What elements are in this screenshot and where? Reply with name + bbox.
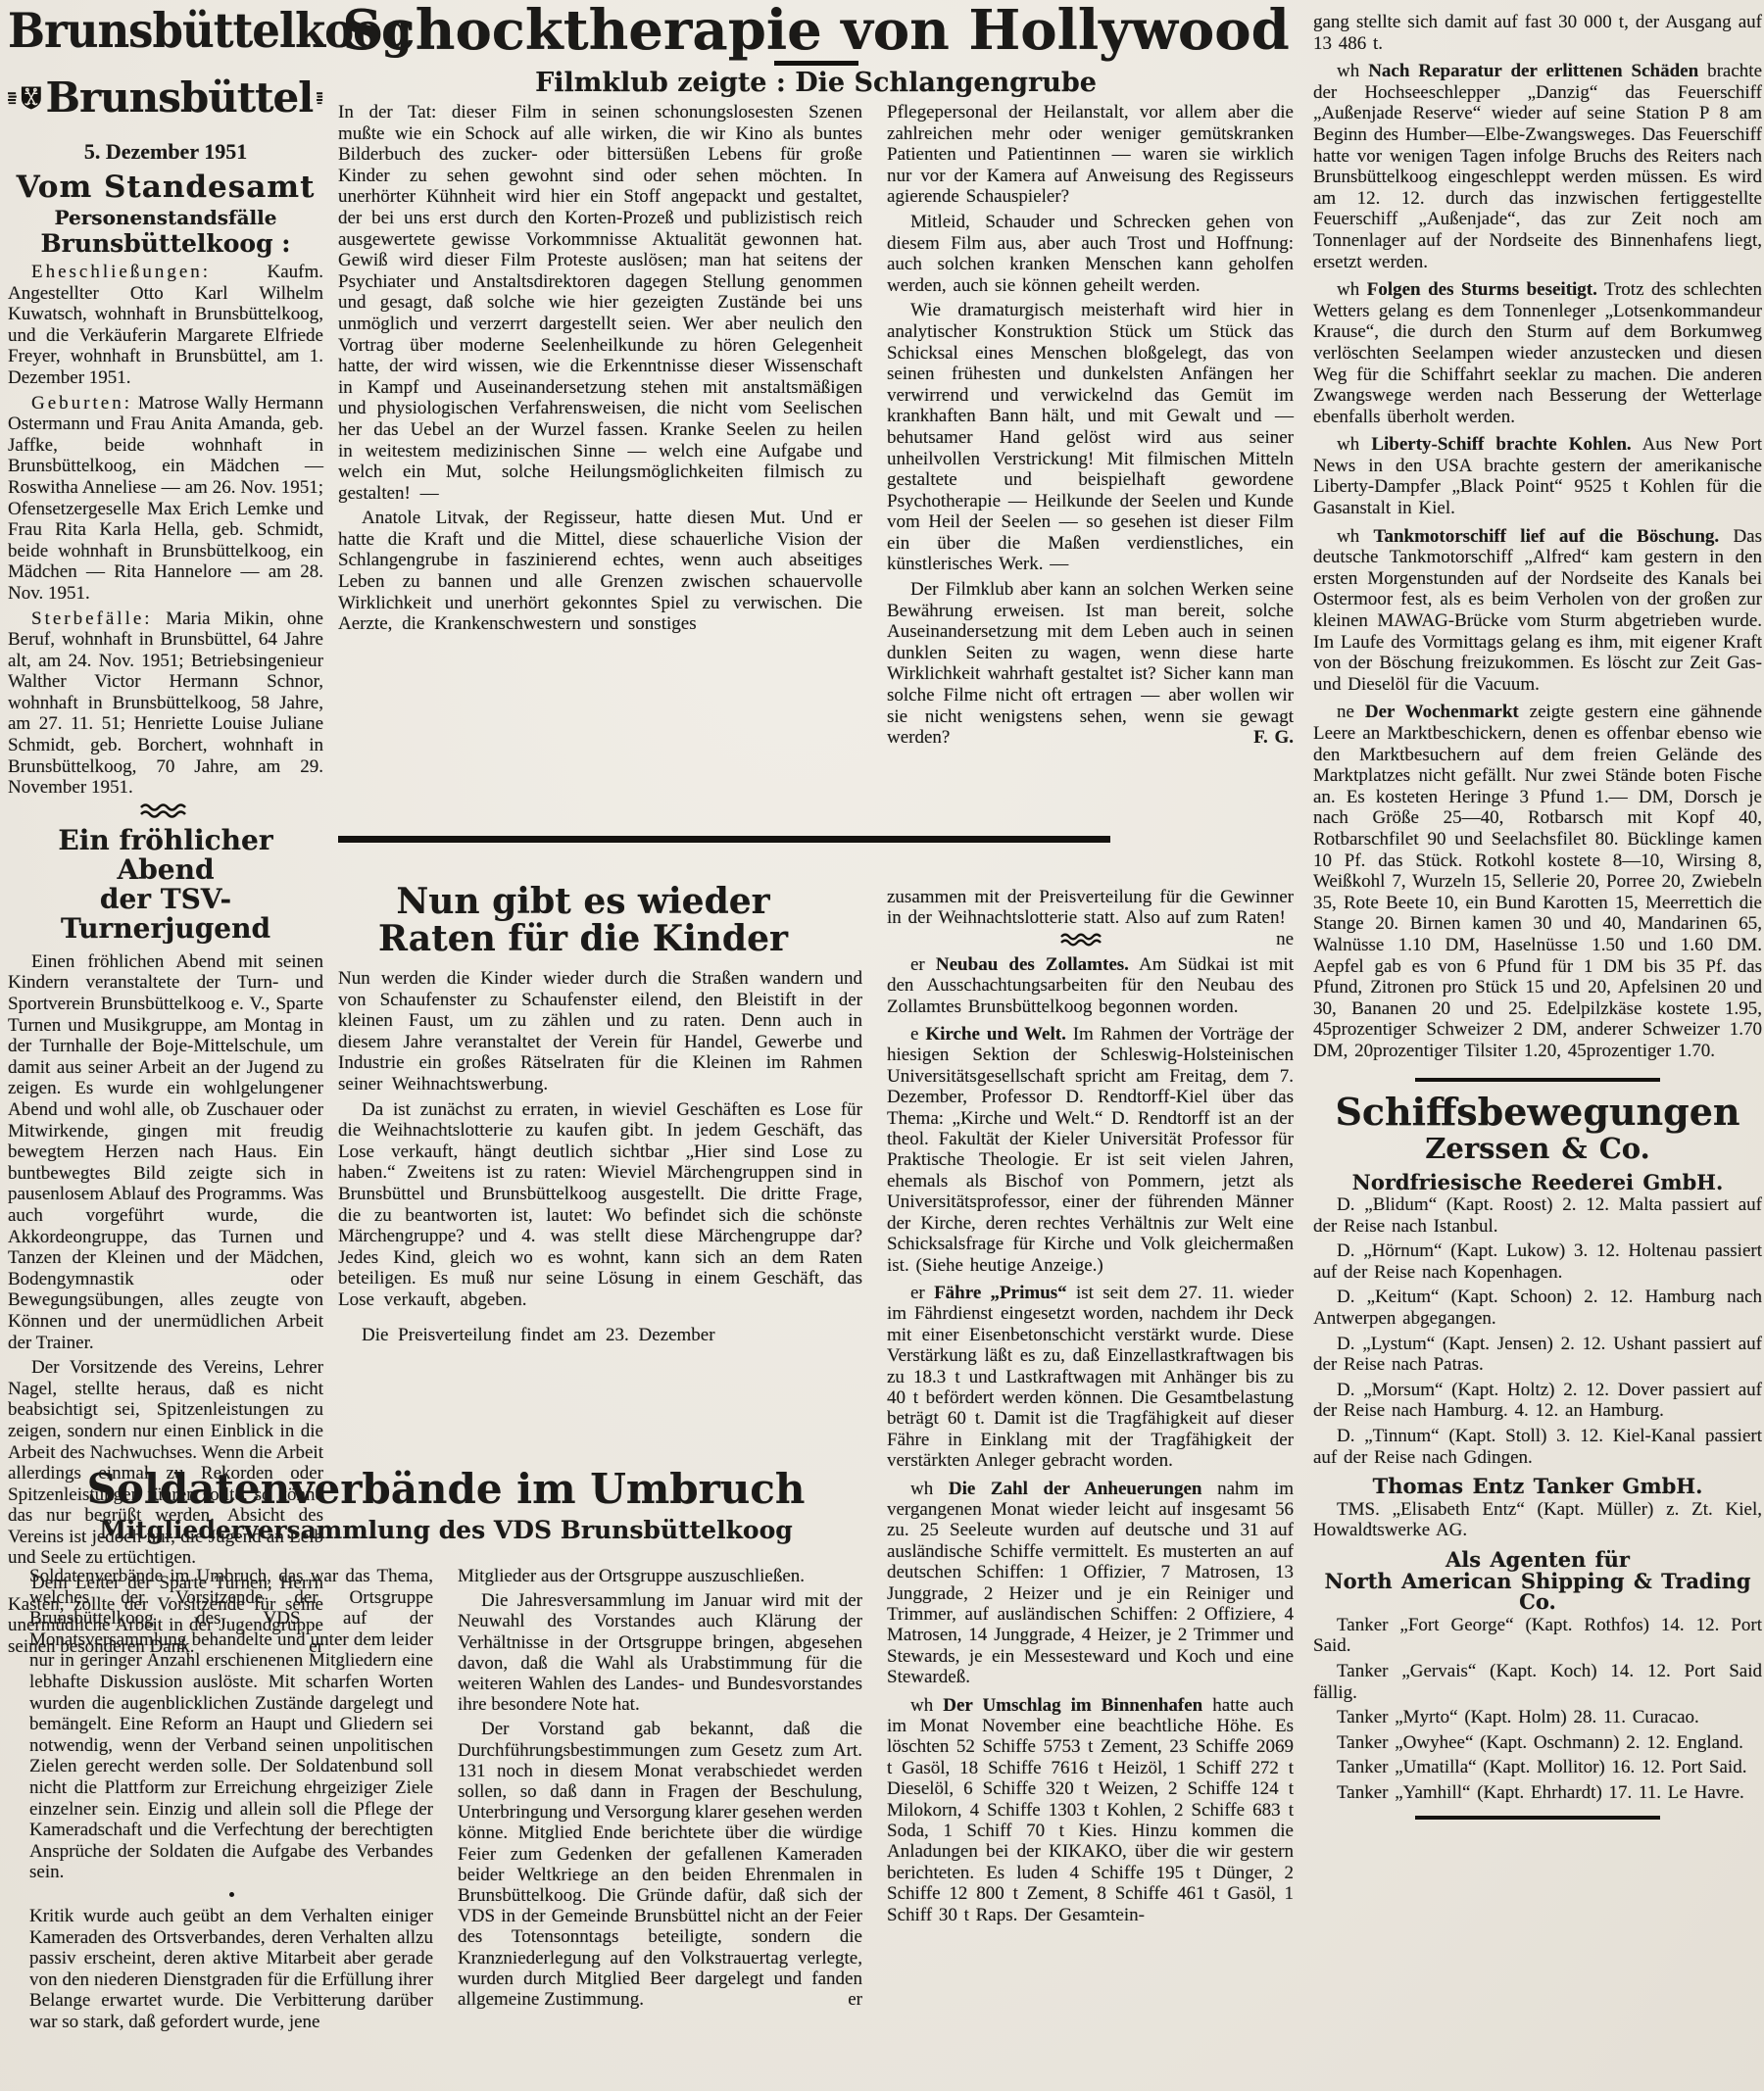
local-item-4-text: hatte auch im Monat November eine beacht… — [887, 1695, 1294, 1925]
harbour-item-sturm: wh Folgen des Sturms beseitigt. Trotz de… — [1313, 279, 1762, 427]
ship-entry: Tanker „Yamhill“ (Kapt. Ehrhardt) 17. 11… — [1313, 1782, 1762, 1804]
harbour-news-column: gang stellte sich damit auf fast 30 000 … — [1313, 12, 1762, 1820]
soldaten-par-1: Soldatenverbände im Umbruch, das war das… — [29, 1566, 433, 1883]
local-item-1-mark: e — [910, 1024, 918, 1045]
tsv-headline-line2: der TSV-Turnerjugend — [8, 885, 323, 944]
ship-entry: Tanker „Owyhee“ (Kapt. Oschmann) 2. 12. … — [1313, 1732, 1762, 1754]
masthead: Brunsbüttelkoog Brunsbüttel — [8, 6, 323, 133]
local-item-1-text: Im Rahmen der Vorträge der hiesigen Sekt… — [887, 1024, 1294, 1275]
tsv-body: Einen fröhlichen Abend mit seinen Kinder… — [8, 951, 323, 1658]
ship-entry: D. „Blidum“ (Kapt. Roost) 2. 12. Malta p… — [1313, 1194, 1762, 1237]
local-item-0-mark: er — [910, 954, 925, 975]
ship-entry: Tanker „Umatilla“ (Kapt. Mollitor) 16. 1… — [1313, 1757, 1762, 1778]
film-par-4: Mitleid, Schauder und Schrecken gehen vo… — [887, 212, 1294, 296]
coat-of-arms-icon — [21, 63, 42, 133]
film-column-2: Pflegepersonal der Heilanstalt, vor alle… — [887, 102, 1294, 749]
standesamt-lead-deaths: Sterbefälle: — [31, 608, 153, 629]
harbour-item-3-lead: Tankmotorschiff lief auf die Böschung. — [1374, 526, 1720, 547]
paragraph-dot-divider — [229, 1892, 234, 1897]
film-par-3: Pflegepersonal der Heilanstalt, vor alle… — [887, 102, 1294, 208]
standesamt-par-births: Geburten: Matrose Wally Hermann Osterman… — [8, 393, 323, 605]
raten-continuation: zusammen mit der Preisverteilung für die… — [887, 887, 1294, 929]
tsv-headline: Ein fröhlicher Abend der TSV-Turnerjugen… — [8, 826, 323, 944]
standesamt-place: Brunsbüttelkoog : — [8, 230, 323, 257]
tsv-par-1: Einen fröhlichen Abend mit seinen Kinder… — [8, 951, 323, 1353]
local-item-2-text: ist seit dem 27. 11. wieder im Fährdiens… — [887, 1283, 1294, 1471]
raten-headline-line1: Nun gibt es wieder — [338, 883, 828, 920]
harbour-item-4-text: zeigte gestern eine gähnende Leere an Ma… — [1313, 702, 1762, 1061]
standesamt-headline: Vom Standesamt — [8, 170, 323, 204]
harbour-item-0-mark: wh — [1337, 61, 1359, 81]
ship-entry: D. „Hörnum“ (Kapt. Lukow) 3. 12. Holtena… — [1313, 1240, 1762, 1283]
masthead-stripes-left-icon — [8, 77, 17, 119]
harbour-item-3-text: Das deutsche Tankmotorschiff „Alfred“ ka… — [1313, 526, 1762, 695]
soldaten-signature: er — [824, 1989, 862, 2010]
film-column-1: In der Tat: dieser Film in seinen schonu… — [338, 102, 862, 635]
harbour-item-1-mark: wh — [1337, 279, 1359, 300]
ships-headline: Schiffsbewegungen — [1313, 1092, 1762, 1133]
local-item-kirche: e Kirche und Welt. Im Rahmen der Vorträg… — [887, 1024, 1294, 1276]
raten-column-1: Nun werden die Kinder wieder durch die S… — [338, 968, 862, 1345]
raten-par-1: Nun werden die Kinder wieder durch die S… — [338, 968, 862, 1095]
ships-group-agents-line1: Als Agenten für — [1313, 1549, 1762, 1571]
squiggle-divider-icon — [139, 802, 192, 820]
harbour-item-2-mark: wh — [1337, 434, 1359, 455]
issue-date: 5. Dezember 1951 — [8, 139, 323, 165]
local-item-anheuerungen: wh Die Zahl der Anheuerungen nahm im ver… — [887, 1479, 1294, 1688]
local-item-umschlag: wh Der Umschlag im Binnenhafen hatte auc… — [887, 1695, 1294, 1925]
harbour-item-2-lead: Liberty-Schiff brachte Kohlen. — [1371, 434, 1631, 455]
ship-entry: Tanker „Fort George“ (Kapt. Rothfos) 14.… — [1313, 1615, 1762, 1657]
ship-entry: D. „Tinnum“ (Kapt. Stoll) 3. 12. Kiel-Ka… — [1313, 1426, 1762, 1468]
harbour-item-wochenmarkt: ne Der Wochenmarkt zeigte gestern eine g… — [1313, 702, 1762, 1061]
raten-signature: ne — [1276, 929, 1294, 949]
left-column: Brunsbüttelkoog Brunsbüttel — [8, 6, 323, 1657]
soldaten-par-2: Kritik wurde auch geübt an dem Verhalten… — [29, 1906, 433, 2033]
harbour-item-4-mark: ne — [1337, 702, 1354, 722]
ship-entry: D. „Lystum“ (Kapt. Jensen) 2. 12. Ushant… — [1313, 1334, 1762, 1376]
film-subhead: Filmklub zeigte : Die Schlangengrube — [338, 69, 1294, 97]
local-item-4-lead: Der Umschlag im Binnenhafen — [943, 1695, 1202, 1716]
ships-group-agents-line2: North American Shipping & Trading Co. — [1313, 1571, 1762, 1613]
film-headline: Schocktherapie von Hollywood — [338, 2, 1294, 59]
ships-bottom-rule — [1415, 1816, 1660, 1820]
soldaten-par-5: Der Vorstand gab bekannt, daß die Durchf… — [458, 1719, 862, 2010]
local-item-3-lead: Die Zahl der Anheuerungen — [949, 1479, 1202, 1499]
soldaten-par-3: Mitglieder aus der Ortsgruppe auszuschli… — [458, 1566, 862, 1586]
film-signature: F. G. — [1230, 727, 1294, 749]
ship-entry: D. „Morsum“ (Kapt. Holtz) 2. 12. Dover p… — [1313, 1380, 1762, 1422]
raten-headline-line2: Raten für die Kinder — [338, 920, 828, 957]
standesamt-text-births: Matrose Wally Hermann Ostermann und Frau… — [8, 393, 323, 604]
raten-cont-text: zusammen mit der Preisverteilung für die… — [887, 887, 1294, 928]
harbour-item-3-mark: wh — [1337, 526, 1359, 547]
local-item-2-mark: er — [910, 1283, 925, 1303]
local-item-0-lead: Neubau des Zollamtes. — [936, 954, 1129, 975]
local-item-4-mark: wh — [910, 1695, 933, 1716]
standesamt-lead-births: Geburten: — [31, 393, 132, 413]
local-item-3-mark: wh — [910, 1479, 933, 1499]
film-par-1: In der Tat: dieser Film in seinen schonu… — [338, 102, 862, 504]
squiggle-divider-icon — [1059, 933, 1104, 948]
tsv-headline-line1: Ein fröhlicher Abend — [8, 826, 323, 885]
film-par-2: Anatole Litvak, der Regisseur, hatte die… — [338, 508, 862, 635]
film-par-5: Wie dramaturgisch meisterhaft wird hier … — [887, 300, 1294, 575]
ship-entry: Tanker „Myrto“ (Kapt. Holm) 28. 11. Cura… — [1313, 1707, 1762, 1728]
soldaten-headline: Soldatenverbände im Umbruch — [29, 1468, 862, 1511]
standesamt-lead-marriages: Eheschließungen: — [31, 262, 211, 282]
ships-group-nordfriesische: Nordfriesische Reederei GmbH. — [1313, 1172, 1762, 1193]
soldaten-par-4: Die Jahresversammlung im Januar wird mit… — [458, 1590, 862, 1715]
ship-entry: TMS. „Elisabeth Entz“ (Kapt. Müller) z. … — [1313, 1499, 1762, 1541]
harbour-item-0-text: brachte der Hochseeschlepper „Danzig“ da… — [1313, 61, 1762, 271]
harbour-item-reparatur: wh Nach Reparatur der erlittenen Schäden… — [1313, 61, 1762, 272]
ship-entry: Tanker „Gervais“ (Kapt. Koch) 14. 12. Po… — [1313, 1661, 1762, 1703]
ships-subhead: Zerssen & Co. — [1313, 1133, 1762, 1164]
film-headline-rule — [774, 61, 858, 66]
raten-headline: Nun gibt es wieder Raten für die Kinder — [338, 883, 828, 957]
harbour-item-1-text: Trotz des schlechten Wetters gelang es d… — [1313, 279, 1762, 427]
harbour-item-0-lead: Nach Reparatur der erlittenen Schäden — [1368, 61, 1698, 81]
harbour-item-tanker: wh Tankmotorschiff lief auf die Böschung… — [1313, 526, 1762, 696]
harbour-item-4-lead: Der Wochenmarkt — [1365, 702, 1519, 722]
standesamt-text-deaths: Maria Mikin, ohne Beruf, wohnhaft in Bru… — [8, 608, 323, 799]
soldaten-column-1: Soldatenverbände im Umbruch, das war das… — [29, 1566, 433, 2032]
film-text-6: Der Filmklub aber kann an solchen Werken… — [887, 579, 1294, 748]
newspaper-page: Brunsbüttelkoog Brunsbüttel — [0, 0, 1764, 2091]
film-par-6: Der Filmklub aber kann an solchen Werken… — [887, 579, 1294, 749]
masthead-title-line2: Brunsbüttel — [46, 76, 314, 120]
raten-par-2: Da ist zunächst zu erraten, in wieviel G… — [338, 1099, 862, 1311]
section-divider-rule — [338, 836, 1110, 843]
harbour-intro: gang stellte sich damit auf fast 30 000 … — [1313, 12, 1762, 54]
ships-list-entz: TMS. „Elisabeth Entz“ (Kapt. Müller) z. … — [1313, 1499, 1762, 1541]
ships-list-nordfriesische: D. „Blidum“ (Kapt. Roost) 2. 12. Malta p… — [1313, 1194, 1762, 1468]
local-item-2-lead: Fähre „Primus“ — [934, 1283, 1067, 1303]
raten-par-3: Die Preisverteilung findet am 23. Dezemb… — [338, 1325, 862, 1346]
harbour-item-1-lead: Folgen des Sturms beseitigt. — [1367, 279, 1597, 300]
soldaten-text-5: Der Vorstand gab bekannt, daß die Durchf… — [458, 1719, 862, 2010]
ships-list-agents: Tanker „Fort George“ (Kapt. Rothfos) 14.… — [1313, 1615, 1762, 1804]
masthead-title-line1: Brunsbüttelkoog — [8, 6, 323, 57]
local-news-column: zusammen mit der Preisverteilung für die… — [887, 887, 1294, 1925]
local-item-zollamt: er Neubau des Zollamtes. Am Südkai ist m… — [887, 954, 1294, 1017]
ships-group-entz: Thomas Entz Tanker GmbH. — [1313, 1476, 1762, 1497]
masthead-stripes-right-icon — [317, 77, 323, 119]
standesamt-par-marriages: Eheschließungen: Kaufm. Angestellter Ott… — [8, 262, 323, 389]
local-item-1-lead: Kirche und Welt. — [925, 1024, 1065, 1045]
soldaten-column-2: Mitglieder aus der Ortsgruppe auszuschli… — [458, 1566, 862, 2010]
standesamt-body: Eheschließungen: Kaufm. Angestellter Ott… — [8, 262, 323, 799]
ship-entry: D. „Keitum“ (Kapt. Schoon) 2. 12. Hambur… — [1313, 1287, 1762, 1329]
local-item-3-text: nahm im vergangenen Monat wieder leicht … — [887, 1479, 1294, 1688]
harbour-item-liberty: wh Liberty-Schiff brachte Kohlen. Aus Ne… — [1313, 434, 1762, 518]
local-item-faehre: er Fähre „Primus“ ist seit dem 27. 11. w… — [887, 1283, 1294, 1472]
ships-top-rule — [1415, 1078, 1660, 1082]
standesamt-par-deaths: Sterbefälle: Maria Mikin, ohne Beruf, wo… — [8, 608, 323, 799]
soldaten-subhead: Mitgliederversammlung des VDS Brunsbütte… — [29, 1517, 862, 1543]
standesamt-kicker: Personenstandsfälle — [8, 207, 323, 228]
